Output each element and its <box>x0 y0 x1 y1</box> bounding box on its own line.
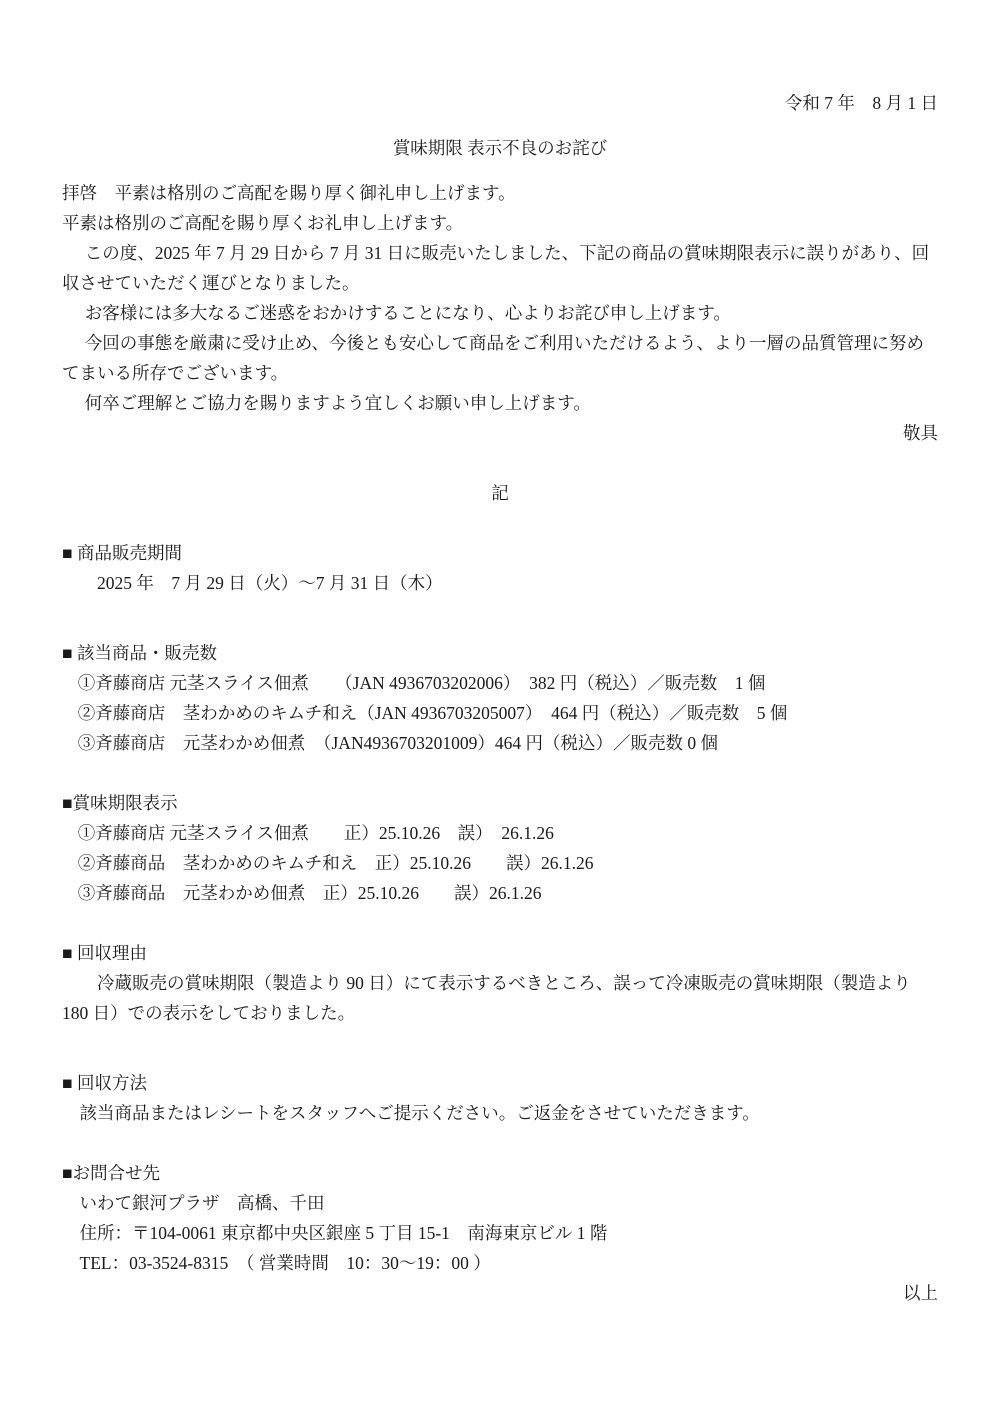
product-item: ①斉藤商店 元茎スライス佃煮 （JAN 4936703202006） 382 円… <box>62 668 938 698</box>
contact-address: 住所：〒104-0061 東京都中央区銀座 5 丁目 15-1 南海東京ビル 1… <box>62 1218 938 1248</box>
expiry-item: ①斉藤商店 元茎スライス佃煮 正）25.10.26 誤） 26.1.26 <box>62 818 938 848</box>
recall-reason-body: 冷蔵販売の賞味期限（製造より 90 日）にて表示するべきところ、誤って冷凍販売の… <box>62 968 938 1028</box>
expiry-item: ②斉藤商品 茎わかめのキムチ和え 正）25.10.26 誤）26.1.26 <box>62 848 938 878</box>
section-recall-reason: ■ 回収理由 冷蔵販売の賞味期限（製造より 90 日）にて表示するべきところ、誤… <box>62 938 938 1028</box>
section-heading: ■ 商品販売期間 <box>62 538 938 568</box>
letter-date: 令和 7 年 8 月 1 日 <box>62 88 938 118</box>
section-products: ■ 該当商品・販売数 ①斉藤商店 元茎スライス佃煮 （JAN 493670320… <box>62 638 938 758</box>
section-sales-period: ■ 商品販売期間 2025 年 7 月 29 日（火）～7 月 31 日（木） <box>62 538 938 598</box>
end-marker: 以上 <box>62 1278 938 1308</box>
section-heading: ■ 回収方法 <box>62 1068 938 1098</box>
expiry-item: ③斉藤商品 元茎わかめ佃煮 正）25.10.26 誤）26.1.26 <box>62 878 938 908</box>
section-heading: ■賞味期限表示 <box>62 788 938 818</box>
letter-closing: 敬具 <box>62 418 938 448</box>
section-contact: ■お問合せ先 いわて銀河プラザ 高橋、千田 住所：〒104-0061 東京都中央… <box>62 1158 938 1278</box>
section-heading: ■お問合せ先 <box>62 1158 938 1188</box>
section-heading: ■ 回収理由 <box>62 938 938 968</box>
product-item: ③斉藤商店 元茎わかめ佃煮 （JAN4936703201009）464 円（税込… <box>62 728 938 758</box>
section-recall-method: ■ 回収方法 該当商品またはレシートをスタッフへご提示ください。ご返金をさせてい… <box>62 1068 938 1128</box>
contact-phone: TEL：03-3524-8315 （ 営業時間 10：30～19：00 ） <box>62 1248 938 1278</box>
document-page: 令和 7 年 8 月 1 日 賞味期限 表示不良のお詫び 拝啓 平素は格別のご高… <box>0 0 1000 1414</box>
body-paragraph: この度、2025 年 7 月 29 日から 7 月 31 日に販売いたしました、… <box>62 238 938 298</box>
sales-period-value: 2025 年 7 月 29 日（火）～7 月 31 日（木） <box>62 568 938 598</box>
recall-method-body: 該当商品またはレシートをスタッフへご提示ください。ご返金をさせていただきます。 <box>62 1098 938 1128</box>
letter-title: 賞味期限 表示不良のお詫び <box>62 133 938 163</box>
greeting-line-1: 拝啓 平素は格別のご高配を賜り厚く御礼申し上げます。 <box>62 178 938 208</box>
record-marker: 記 <box>62 478 938 508</box>
greeting-line-2: 平素は格別のご高配を賜り厚くお礼申し上げます。 <box>62 208 938 238</box>
body-paragraph: お客様には多大なるご迷惑をおかけすることになり、心よりお詫び申し上げます。 <box>62 298 938 328</box>
contact-line: いわて銀河プラザ 高橋、千田 <box>62 1188 938 1218</box>
body-paragraph: 今回の事態を厳粛に受け止め、今後とも安心して商品をご利用いただけるよう、より一層… <box>62 328 938 388</box>
body-paragraph: 何卒ご理解とご協力を賜りますよう宜しくお願い申し上げます。 <box>62 388 938 418</box>
product-item: ②斉藤商店 茎わかめのキムチ和え（JAN 4936703205007） 464 … <box>62 698 938 728</box>
section-heading: ■ 該当商品・販売数 <box>62 638 938 668</box>
section-expiry-labels: ■賞味期限表示 ①斉藤商店 元茎スライス佃煮 正）25.10.26 誤） 26.… <box>62 788 938 908</box>
